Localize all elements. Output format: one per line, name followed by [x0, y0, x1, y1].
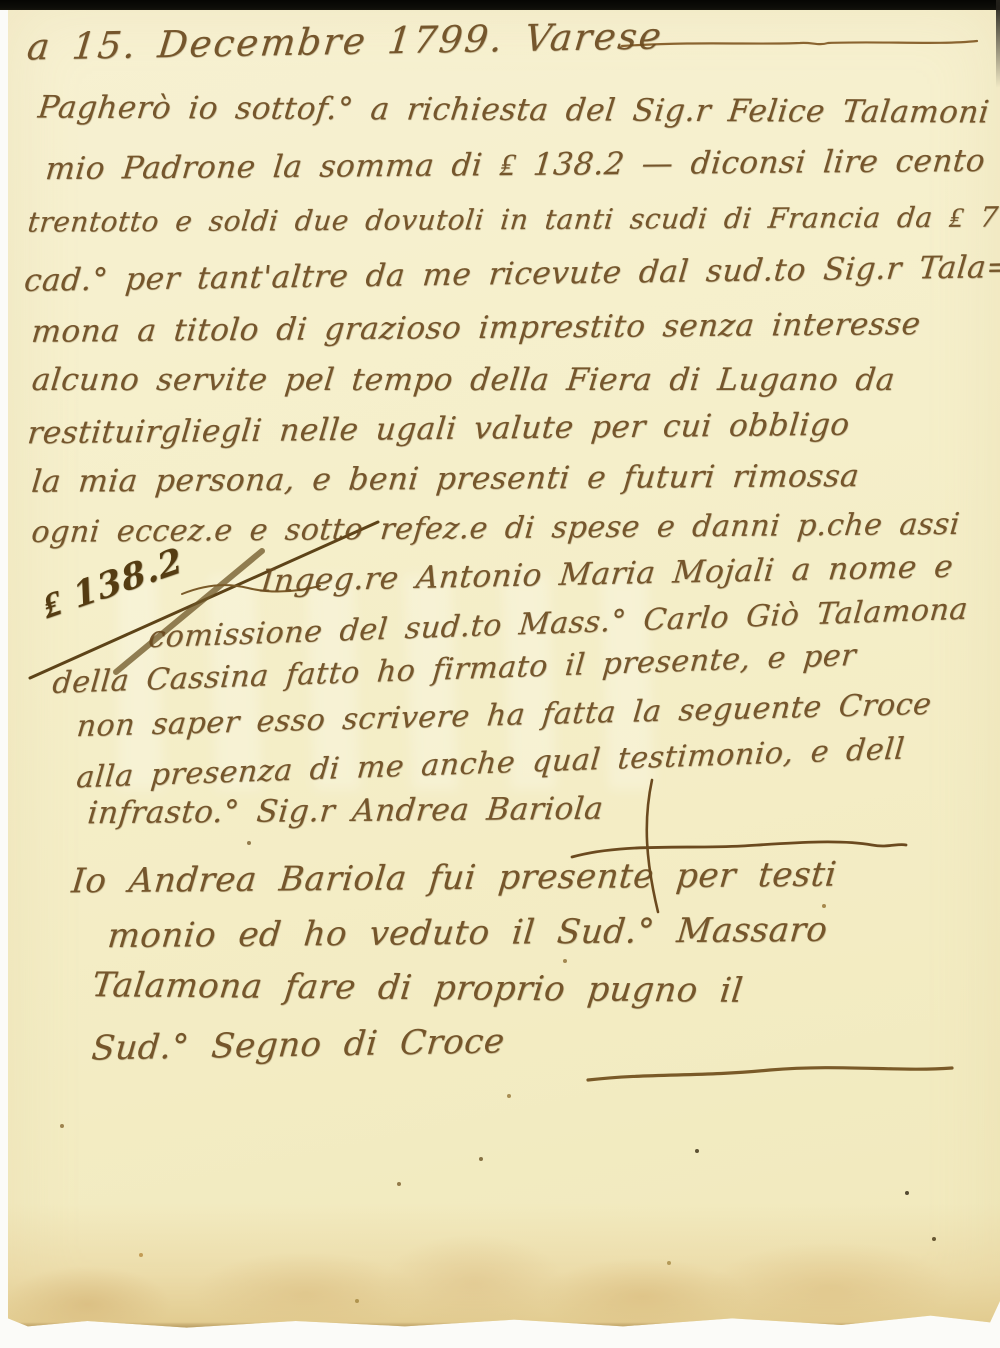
handwriting-line: Io Andrea Bariola fui presente per testi [70, 855, 839, 902]
handwriting-line: monio ed ho veduto il Sud.° Massaro [106, 910, 830, 956]
top-black-bar [0, 0, 1000, 10]
scan-edge-right [996, 0, 1000, 88]
handwriting-line: alcuno servite pel tempo della Fiera di … [30, 362, 897, 398]
scanned-document: a 15. Decembre 1799. Varese Pagherò io s… [0, 0, 1000, 1348]
handwriting-line: Talamona fare di proprio pugno il [90, 965, 745, 1011]
handwriting-line: Pagherò io sottof.° a richiesta del Sig.… [36, 90, 991, 131]
handwriting-line: trentotto e soldi due dovutoli in tanti … [26, 200, 1000, 239]
handwriting-line: Sud.° Segno di Croce [90, 1021, 506, 1068]
handwriting-line: la mia persona, e beni presenti e futuri… [30, 458, 861, 500]
paper-bottom-edge [8, 1323, 1000, 1333]
bottom-stain [8, 1203, 1000, 1333]
handwriting-line: infrasto.° Sig.r Andrea Bariola [86, 791, 605, 831]
